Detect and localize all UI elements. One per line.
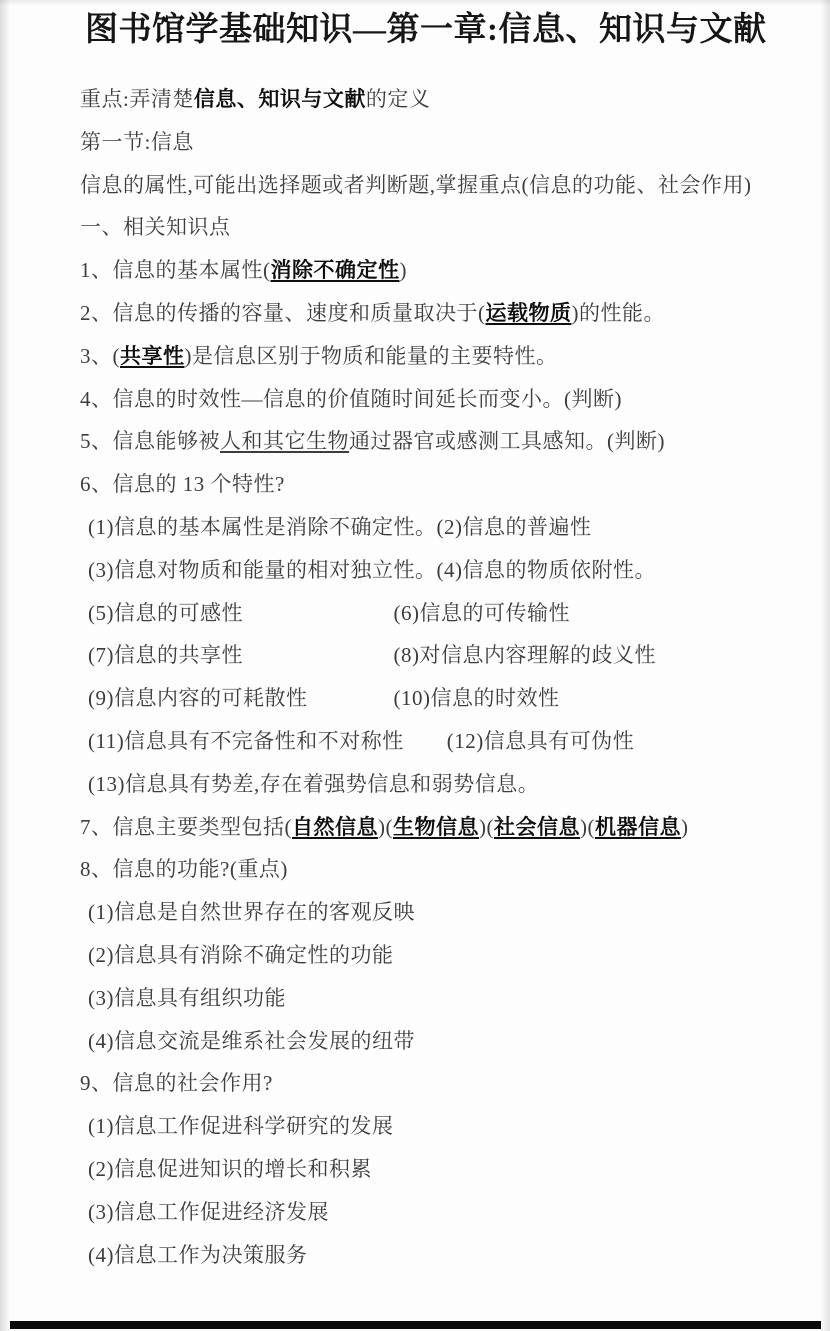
- text-segment: 5、信息能够被: [80, 429, 220, 453]
- text-line: 一、相关知识点: [80, 206, 814, 249]
- text-line: 3、(共享性)是信息区别于物质和能量的主要特性。: [80, 335, 814, 378]
- text-segment: )的性能。: [572, 301, 666, 325]
- text-segment: 2、信息的传播的容量、速度和质量取决于(: [80, 301, 486, 325]
- emphasized-text: 人和其它生物: [220, 429, 349, 453]
- text-segment: 9、信息的社会作用?: [80, 1071, 273, 1095]
- text-segment: (2)信息促进知识的增长和积累: [88, 1157, 372, 1181]
- text-segment: (1)信息的基本属性是消除不确定性。(2)信息的普遍性: [88, 515, 591, 539]
- text-segment: (4)信息交流是维系社会发展的纽带: [88, 1029, 415, 1053]
- text-segment: (7)信息的共享性 (8)对信息内容理解的歧义性: [88, 643, 656, 667]
- text-segment: 的定义: [366, 87, 431, 111]
- text-line: (11)信息具有不完备性和不对称性 (12)信息具有可伪性: [80, 720, 814, 763]
- emphasized-text: 自然信息: [292, 815, 378, 839]
- text-segment: 重点:弄清楚: [80, 87, 194, 111]
- text-line: 4、信息的时效性—信息的价值随时间延长而变小。(判断): [80, 378, 814, 421]
- text-segment: )(: [580, 815, 595, 839]
- text-line: (13)信息具有势差,存在着强势信息和弱势信息。: [80, 763, 814, 806]
- text-segment: 8、信息的功能?(重点): [80, 857, 288, 881]
- text-segment: (13)信息具有势差,存在着强势信息和弱势信息。: [88, 772, 539, 796]
- emphasized-text: 机器信息: [595, 815, 681, 839]
- text-segment: ): [681, 815, 689, 839]
- text-segment: (2)信息具有消除不确定性的功能: [88, 943, 394, 967]
- text-line: 6、信息的 13 个特性?: [80, 463, 814, 506]
- text-segment: (11)信息具有不完备性和不对称性 (12)信息具有可伪性: [88, 729, 634, 753]
- text-segment: )(: [479, 815, 494, 839]
- document-page: 图书馆学基础知识—第一章:信息、知识与文献 重点:弄清楚信息、知识与文献的定义第…: [0, 0, 830, 1331]
- emphasized-text: 生物信息: [393, 815, 479, 839]
- text-line: (4)信息交流是维系社会发展的纽带: [80, 1020, 814, 1063]
- text-line: (2)信息促进知识的增长和积累: [80, 1148, 814, 1191]
- page-title: 图书馆学基础知识—第一章:信息、知识与文献: [0, 0, 830, 50]
- emphasized-text: 运载物质: [486, 301, 572, 325]
- emphasized-text: 共享性: [120, 344, 185, 368]
- text-segment: 3、(: [80, 344, 120, 368]
- document-body: 重点:弄清楚信息、知识与文献的定义第一节:信息信息的属性,可能出选择题或者判断题…: [0, 50, 830, 1276]
- text-segment: (1)信息工作促进科学研究的发展: [88, 1114, 394, 1138]
- text-line: 5、信息能够被人和其它生物通过器官或感测工具感知。(判断): [80, 420, 814, 463]
- text-line: (3)信息对物质和能量的相对独立性。(4)信息的物质依附性。: [80, 549, 814, 592]
- text-line: 7、信息主要类型包括(自然信息)(生物信息)(社会信息)(机器信息): [80, 806, 814, 849]
- text-line: 第一节:信息: [80, 121, 814, 164]
- text-line: 9、信息的社会作用?: [80, 1062, 814, 1105]
- bottom-black-bar: [10, 1321, 821, 1329]
- text-line: (3)信息工作促进经济发展: [80, 1191, 814, 1234]
- text-segment: (9)信息内容的可耗散性 (10)信息的时效性: [88, 686, 559, 710]
- text-line: (2)信息具有消除不确定性的功能: [80, 934, 814, 977]
- text-line: (4)信息工作为决策服务: [80, 1234, 814, 1277]
- text-segment: (3)信息具有组织功能: [88, 986, 286, 1010]
- text-line: (9)信息内容的可耗散性 (10)信息的时效性: [80, 677, 814, 720]
- text-line: (5)信息的可感性 (6)信息的可传输性: [80, 592, 814, 635]
- text-line: 1、信息的基本属性(消除不确定性): [80, 249, 814, 292]
- text-line: (1)信息的基本属性是消除不确定性。(2)信息的普遍性: [80, 506, 814, 549]
- text-line: (3)信息具有组织功能: [80, 977, 814, 1020]
- emphasized-text: 社会信息: [494, 815, 580, 839]
- text-segment: 7、信息主要类型包括(: [80, 815, 292, 839]
- text-segment: )是信息区别于物质和能量的主要特性。: [185, 344, 558, 368]
- emphasized-text: 信息、知识与文献: [194, 87, 366, 111]
- emphasized-text: 消除不确定性: [271, 258, 400, 282]
- text-segment: 第一节:信息: [80, 130, 194, 154]
- text-line: (1)信息工作促进科学研究的发展: [80, 1105, 814, 1148]
- text-segment: )(: [378, 815, 393, 839]
- text-segment: 一、相关知识点: [80, 215, 231, 239]
- text-line: 8、信息的功能?(重点): [80, 848, 814, 891]
- text-segment: (5)信息的可感性 (6)信息的可传输性: [88, 601, 570, 625]
- text-segment: 1、信息的基本属性(: [80, 258, 271, 282]
- text-line: (1)信息是自然世界存在的客观反映: [80, 891, 814, 934]
- text-segment: ): [400, 258, 408, 282]
- text-segment: (4)信息工作为决策服务: [88, 1243, 308, 1267]
- text-segment: 6、信息的 13 个特性?: [80, 472, 285, 496]
- text-segment: (3)信息工作促进经济发展: [88, 1200, 329, 1224]
- text-segment: 4、信息的时效性—信息的价值随时间延长而变小。(判断): [80, 387, 622, 411]
- text-segment: (3)信息对物质和能量的相对独立性。(4)信息的物质依附性。: [88, 558, 656, 582]
- text-line: 2、信息的传播的容量、速度和质量取决于(运载物质)的性能。: [80, 292, 814, 335]
- text-segment: 信息的属性,可能出选择题或者判断题,掌握重点(信息的功能、社会作用): [80, 173, 751, 197]
- text-line: (7)信息的共享性 (8)对信息内容理解的歧义性: [80, 634, 814, 677]
- text-segment: (1)信息是自然世界存在的客观反映: [88, 900, 415, 924]
- text-line: 重点:弄清楚信息、知识与文献的定义: [80, 78, 814, 121]
- text-line: 信息的属性,可能出选择题或者判断题,掌握重点(信息的功能、社会作用): [80, 164, 814, 207]
- text-segment: 通过器官或感测工具感知。(判断): [349, 429, 665, 453]
